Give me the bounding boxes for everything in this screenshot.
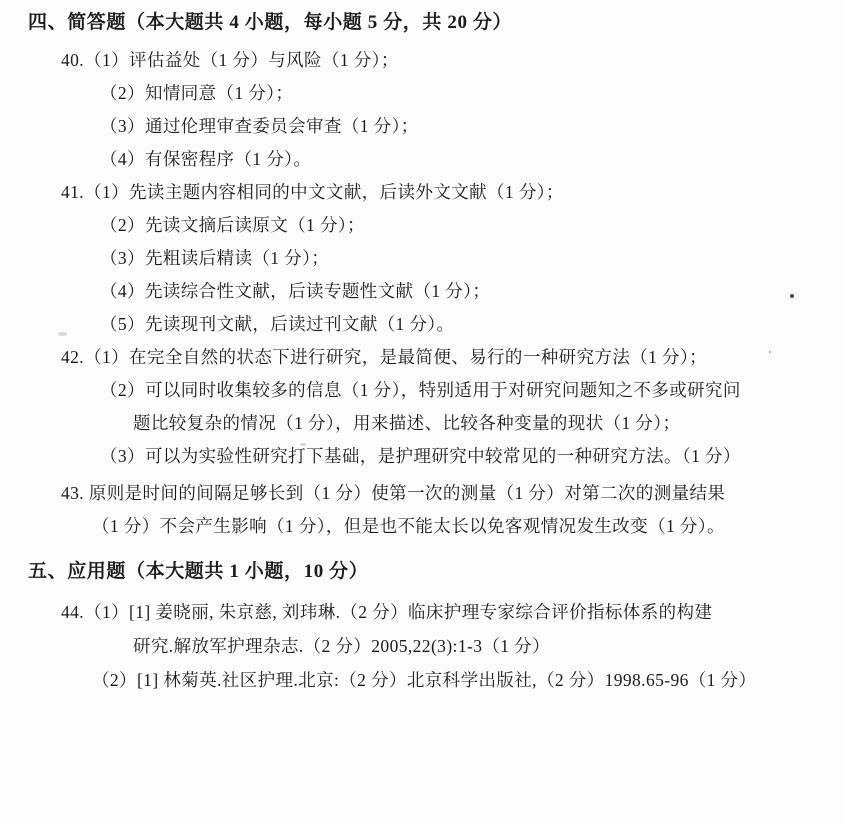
answer-line-41-4: （4）先读综合性文献，后读专题性文献（1 分）； [100, 275, 825, 308]
answer-line-41-1: 41.（1）先读主题内容相同的中文文献，后读外文文献（1 分）； [61, 176, 825, 209]
question-40-answer: 40.（1）评估益处（1 分）与风险（1 分）； （2）知情同意（1 分）； （… [28, 44, 825, 176]
section-iv-heading: 四、简答题（本大题共 4 小题，每小题 5 分，共 20 分） [28, 8, 825, 38]
question-42-answer: 42.（1）在完全自然的状态下进行研究，是最简便、易行的一种研究方法（1 分）；… [28, 341, 825, 473]
answer-line-42-4: （3）可以为实验性研究打下基础，是护理研究中较常见的一种研究方法。（1 分） [100, 440, 825, 473]
section-v-heading: 五、应用题（本大题共 1 小题，10 分） [28, 557, 825, 587]
scan-smudge [300, 443, 306, 446]
answer-line-42-3: 题比较复杂的情况（1 分），用来描述、比较各种变量的现状（1 分）； [133, 407, 825, 440]
answer-line-43-1: 43. 原则是时间的间隔足够长到（1 分）使第一次的测量（1 分）对第二次的测量… [61, 477, 825, 510]
answer-line-40-1: 40.（1）评估益处（1 分）与风险（1 分）； [61, 44, 825, 77]
scan-speck [769, 351, 771, 353]
answer-line-41-5: （5）先读现刊文献，后读过刊文献（1 分）。 [100, 308, 825, 341]
answer-line-42-1: 42.（1）在完全自然的状态下进行研究，是最简便、易行的一种研究方法（1 分）； [61, 341, 825, 374]
answer-line-44-3: （2）[1] 林菊英.社区护理.北京:（2 分）北京科学出版社,（2 分）199… [92, 663, 825, 697]
answer-line-41-2: （2）先读文摘后读原文（1 分）； [100, 209, 825, 242]
scan-speck [790, 294, 794, 298]
answer-line-44-2: 研究.解放军护理杂志.（2 分）2005,22(3):1-3（1 分） [133, 629, 825, 663]
answer-line-40-3: （3）通过伦理审查委员会审查（1 分）； [100, 110, 825, 143]
question-41-answer: 41.（1）先读主题内容相同的中文文献，后读外文文献（1 分）； （2）先读文摘… [28, 176, 825, 341]
scan-smudge [58, 332, 67, 336]
answer-line-40-4: （4）有保密程序（1 分）。 [100, 143, 825, 176]
answer-line-43-2: （1 分）不会产生影响（1 分），但是也不能太长以免客观情况发生改变（1 分）。 [92, 510, 825, 543]
answer-line-42-2: （2）可以同时收集较多的信息（1 分），特别适用于对研究问题知之不多或研究问 [100, 374, 825, 407]
question-44-answer: 44.（1）[1] 姜晓丽, 朱京慈, 刘玮琳.（2 分）临床护理专家综合评价指… [28, 595, 825, 697]
answer-line-40-2: （2）知情同意（1 分）； [100, 77, 825, 110]
answer-line-44-1: 44.（1）[1] 姜晓丽, 朱京慈, 刘玮琳.（2 分）临床护理专家综合评价指… [61, 595, 825, 629]
scanned-exam-answer-page: 四、简答题（本大题共 4 小题，每小题 5 分，共 20 分） 40.（1）评估… [0, 0, 845, 825]
question-43-answer: 43. 原则是时间的间隔足够长到（1 分）使第一次的测量（1 分）对第二次的测量… [28, 477, 825, 543]
answer-line-41-3: （3）先粗读后精读（1 分）； [100, 242, 825, 275]
